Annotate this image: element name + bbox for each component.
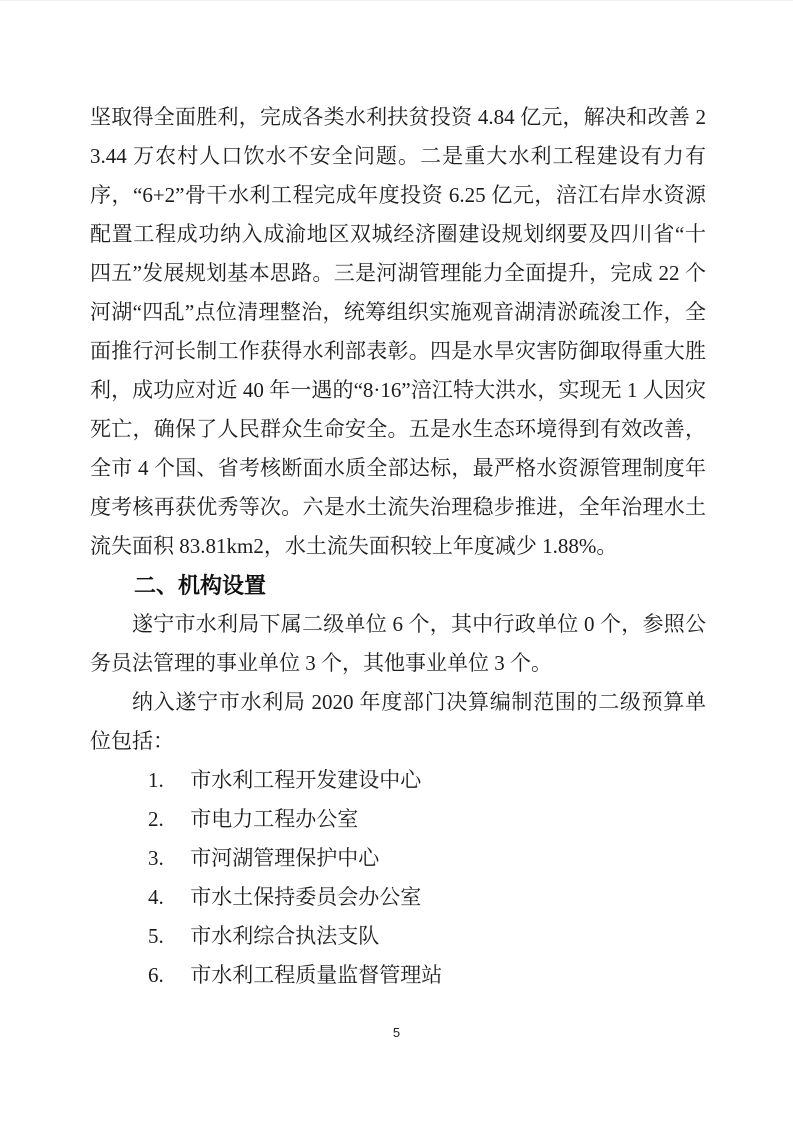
section-heading-organization-setup: 二、机构设置 — [90, 566, 706, 605]
list-item: 6. 市水利工程质量监督管理站 — [90, 956, 706, 995]
paragraph-subordinate-units: 遂宁市水利局下属二级单位 6 个，其中行政单位 0 个，参照公务员法管理的事业单… — [90, 605, 706, 683]
document-page: 坚取得全面胜利，完成各类水利扶贫投资 4.84 亿元，解决和改善 23.44 万… — [0, 0, 793, 1122]
list-item: 5. 市水利综合执法支队 — [90, 917, 706, 956]
list-item-number: 6. — [148, 956, 185, 995]
list-item-number: 1. — [148, 761, 185, 800]
paragraph-work-summary-continuation: 坚取得全面胜利，完成各类水利扶贫投资 4.84 亿元，解决和改善 23.44 万… — [90, 98, 706, 566]
list-item-label: 市河湖管理保护中心 — [190, 846, 379, 870]
list-item: 3. 市河湖管理保护中心 — [90, 839, 706, 878]
list-item-label: 市水利工程质量监督管理站 — [190, 963, 442, 987]
list-item: 1. 市水利工程开发建设中心 — [90, 761, 706, 800]
list-item-label: 市水利工程开发建设中心 — [190, 768, 421, 792]
list-item-number: 2. — [148, 800, 185, 839]
paragraph-budget-scope: 纳入遂宁市水利局 2020 年度部门决算编制范围的二级预算单位包括： — [90, 683, 706, 761]
page-number: 5 — [0, 1023, 793, 1043]
page-content: 坚取得全面胜利，完成各类水利扶贫投资 4.84 亿元，解决和改善 23.44 万… — [90, 98, 706, 995]
list-item-label: 市水利综合执法支队 — [190, 924, 379, 948]
list-item-number: 3. — [148, 839, 185, 878]
list-item-number: 4. — [148, 878, 185, 917]
budget-unit-list: 1. 市水利工程开发建设中心 2. 市电力工程办公室 3. 市河湖管理保护中心 … — [90, 761, 706, 995]
list-item: 4. 市水土保持委员会办公室 — [90, 878, 706, 917]
list-item-number: 5. — [148, 917, 185, 956]
list-item-label: 市电力工程办公室 — [190, 807, 358, 831]
list-item: 2. 市电力工程办公室 — [90, 800, 706, 839]
list-item-label: 市水土保持委员会办公室 — [190, 885, 421, 909]
